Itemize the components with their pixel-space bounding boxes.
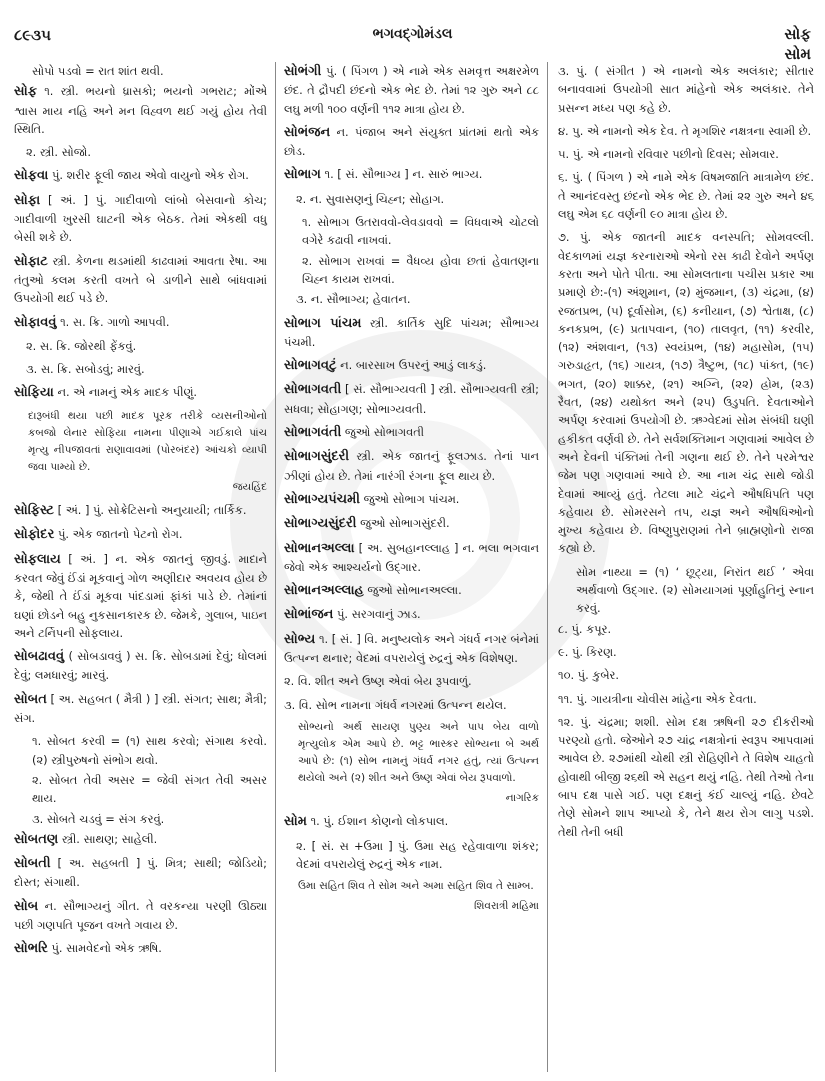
entry: સોભાનઅલ્લાહ જુઓ સોભાનઅલ્લા. [284, 581, 539, 600]
entry: સોભંજન ન. પંજાબ અને સંયુક્ત પ્રાંતમાં થત… [284, 123, 539, 161]
entry: સોભાગવટું ન. બારસાખ ઉપરનું આડું લાકડું. [284, 356, 539, 375]
headword: સોભાગ [284, 167, 321, 182]
sense: ૧૦. પું. કુબેર. [558, 666, 814, 684]
headword: સોભાગવંતી [284, 425, 341, 440]
citation-quote: દારૂબંધી થયા પછી માદક પૂરક તરીકે વ્યસનીઓ… [14, 408, 267, 476]
headword: સોભ્ય [284, 632, 315, 647]
sense: ૩. ન. સૌભાગ્ય; હેવાતન. [284, 290, 539, 308]
headword: સોફાટ [14, 254, 48, 269]
column-2: સોભંગી પું. ( પિંગળ ) એ નામે એક સમવૃત્ત … [276, 62, 548, 1072]
citation-quote: સોભ્યનો અર્થ સાયણ પુણ્ય અને પાપ બેય વાળો… [284, 719, 539, 787]
definition: પું. સામવેદનો એક ઋષિ. [51, 941, 161, 955]
lead-line: સોપો પડવો = રાત શાંત થવી. [14, 62, 267, 80]
sense: ૭. પું. એક જાતની માદક વનસ્પતિ; સોમવલ્લી.… [558, 228, 814, 557]
guide-words: સોફ સોમ [784, 24, 811, 64]
dictionary-columns: સોપો પડવો = રાત શાંત થવી. સોફ ૧. સ્ત્રી.… [14, 62, 814, 1072]
entry: સોભાગવતી [ સં. સૌભાગ્યવતી ] સ્ત્રી. સૌભા… [284, 380, 539, 418]
entry: સોભ્ય ૧. [ સં. ] વિ. મનુષ્યલોક અને ગંધર્… [284, 630, 539, 668]
citation-quote: ઉમા સહિત શિવ તે સોમ અને અમા સહિત શિવ તે … [284, 878, 539, 895]
idiom: ૩. સોબતે ચડવું = સંગ કરવું. [14, 810, 267, 828]
sense: ૨. વિ. શીત અને ઉષ્ણ એવાં બેય રૂપવાળું. [284, 672, 539, 690]
sense: ૧૧. પું. ગાયત્રીના ચોવીસ માંહેના એક દેવત… [558, 690, 814, 708]
definition: ન. સૌભાગ્યનું ગીત. તે વરકન્યા પરણી ઊઠ્યા… [14, 899, 267, 932]
idiom: સોમ નાથ્યા = (૧) ‘ છૂટ્યા, નિરાંત થઈ ’ એ… [558, 563, 814, 618]
entry: સોબતણ સ્ત્રી. સાથણ; સાહેલી. [14, 830, 267, 849]
definition: [ અં. ] પું. સોક્રેટિસનો અનુયાયી; તાર્કિ… [58, 503, 247, 517]
headword: સોભાગ્યપંચમી [284, 492, 360, 507]
entry: સોભરિ પું. સામવેદનો એક ઋષિ. [14, 939, 267, 958]
entry: સોફોદર પું. એક જાતનો પેટનો રોગ. [14, 525, 267, 544]
column-1: સોપો પડવો = રાત શાંત થવી. સોફ ૧. સ્ત્રી.… [14, 62, 276, 1072]
sense: ૧૨. પું. ચંદ્રમા; શશી. સોમ દક્ષ ઋષિની ૨૭… [558, 713, 814, 841]
headword: સોભંજન [284, 125, 330, 140]
definition: [ અ. સહબતી ] પું. મિત્ર; સાથી; જોડિયો; દ… [14, 856, 267, 889]
citation-source: શિવરાત્રી મહિમા [284, 897, 539, 915]
sense: ૯. પું. કિરણ. [558, 643, 814, 661]
headword: સોફિસ્ટ [14, 503, 54, 518]
entry: સોબત [ અ. સહબત ( મૈત્રી ) ] સ્ત્રી. સંગત… [14, 690, 267, 728]
headword: સોભાગ પાંચમ [284, 316, 361, 331]
headword: સોફોદર [14, 527, 54, 542]
entry: સોભાંજન પું. સરગવાનું ઝાડ. [284, 605, 539, 624]
headword: સોબત [14, 692, 47, 707]
entry: સોભાગસુંદરી સ્ત્રી. એક જાતનું ફૂલઝાડ. તે… [284, 447, 539, 485]
idiom: ૧. સોબત કરવી = (૧) સાથ કરવો; સંગાથ કરવો.… [14, 732, 267, 769]
sense: ૨. ન. સુવાસણનું ચિહ્ન; સોહાગ. [284, 190, 539, 208]
entry: સોફા [ અં. ] પું. ગાદીવાળો લાંબો બેસવાનો… [14, 191, 267, 247]
headword: સોફ [14, 84, 37, 99]
running-title: ભગવદ્ગોમંડલ [0, 26, 825, 42]
headword: સોબતણ [14, 832, 58, 847]
guide-word-first: સોફ [784, 24, 811, 44]
entry: સોફવા પું. શરીર ફૂલી જાય એવો વાયુનો એક ર… [14, 166, 267, 185]
definition: ન. બારસાખ ઉપરનું આડું લાકડું. [340, 358, 486, 372]
sense: ૬. પું. ( પિંગળ ) એ નામે એક વિષમજાતિ માત… [558, 168, 814, 223]
sense: ૨. સ્ત્રી. સોજો. [14, 143, 267, 161]
definition: જુઓ સોભાગસુંદરી. [360, 516, 450, 530]
headword: સોમ [284, 814, 307, 829]
definition: ૧. [ સં. ] વિ. મનુષ્યલોક અને ગંધર્વ નગર … [284, 632, 539, 665]
entry: સોફિસ્ટ [ અં. ] પું. સોક્રેટિસનો અનુયાયી… [14, 501, 267, 520]
definition: [ અં. ] પું. ગાદીવાળો લાંબો બેસવાનો કોચ;… [14, 193, 267, 245]
sense: ૩. પું. ( સંગીત ) એ નામનો એક અલંકાર; સીત… [558, 62, 814, 117]
definition: પું. સરગવાનું ઝાડ. [337, 607, 421, 621]
entry: સોભાગ્યપંચમી જુઓ સોભાગ પાંચમ. [284, 490, 539, 509]
headword: સોફલાય [14, 552, 61, 567]
citation-source: નાગરિક [284, 789, 539, 807]
idiom: ૨. સોબત તેવી અસર = જેવી સંગત તેવી અસર થા… [14, 771, 267, 808]
sense: ૮. પું. કપૂર. [558, 620, 814, 638]
definition: સ્ત્રી. કેળના થડમાંથી કાઢવામાં આવતા રેષા… [14, 254, 267, 306]
citation-source: જયહિંદ [14, 478, 267, 496]
entry: સોભાગ પાંચમ સ્ત્રી. કાર્તિક સુદિ પાંચમ; … [284, 314, 539, 352]
definition: ૧. [ સં. સૌભાગ્ય ] ન. સારું ભાગ્ય. [324, 167, 482, 181]
entry: સોભાનઅલ્લા [ અ. સુબહાનલ્લાહ ] ન. ભલા ભગવ… [284, 539, 539, 577]
sense: ૪. પુ. એ નામનો એક દેવ. તે મૃગશિર નક્ષત્ર… [558, 122, 814, 140]
headword: સોભાંજન [284, 607, 333, 622]
entry: સોફલાય [ અં. ] ન. એક જાતનું જીવડું. માદા… [14, 550, 267, 642]
headword: સોભાનઅલ્લાહ [284, 583, 364, 598]
headword: સોભાગ્યસુંદરી [284, 516, 356, 531]
entry: સોબઢાવવું ( સોબડાવવું ) સ. ક્રિ. સોબડામા… [14, 647, 267, 685]
sense: ૩. વિ. સોભ નામના ગંધર્વ નગરમાં ઉત્પન્ન થ… [284, 696, 539, 714]
idiom: ૨. સોભાગ રાખવાં = વૈધવ્ય હોવા છતાં હેવાત… [284, 252, 539, 289]
headword: સોભરિ [14, 941, 48, 956]
entry: સોભાગવંતી જુઓ સોભાગવતી [284, 423, 539, 442]
entry: સોફિયા ન. એ નામનું એક માદક પીણું. [14, 383, 267, 402]
definition: ૧. સ. ક્રિ. ગાળો આપવી. [60, 315, 169, 329]
entry: સોભાગ્યસુંદરી જુઓ સોભાગસુંદરી. [284, 514, 539, 533]
headword: સોભાગવતી [284, 382, 341, 397]
page-header: ૮૯૩૫ ભગવદ્ગોમંડલ સોફ સોમ [0, 18, 825, 68]
entry: સોમ ૧. પું. ઈશાન કોણનો લોકપાલ. [284, 812, 539, 831]
definition: ૧. પું. ઈશાન કોણનો લોકપાલ. [311, 814, 449, 828]
headword: સોફવા [14, 168, 48, 183]
entry: સોબતી [ અ. સહબતી ] પું. મિત્ર; સાથી; જોડ… [14, 854, 267, 892]
definition: ૧. સ્ત્રી. ભયનો ધ્રાસકો; ભયનો ગભરાટ; મોં… [14, 84, 267, 136]
column-3: ૩. પું. ( સંગીત ) એ નામનો એક અલંકાર; સીત… [548, 62, 814, 1072]
headword: સોભાગસુંદરી [284, 449, 349, 464]
headword: સોભંગી [284, 64, 321, 79]
sense: ૨. [ સં. સ +ઉમા ] પું. ઉમા સહ રહેવાવાળા … [284, 837, 539, 874]
sense: ૩. સ. ક્રિ. સબોડવું; મારવું. [14, 360, 267, 378]
entry: સોફાટ સ્ત્રી. કેળના થડમાંથી કાઢવામાં આવત… [14, 252, 267, 308]
definition: [ અ. સહબત ( મૈત્રી ) ] સ્ત્રી. સંગત; સાથ… [14, 692, 267, 725]
entry: સોભંગી પું. ( પિંગળ ) એ નામે એક સમવૃત્ત … [284, 62, 539, 118]
definition: જુઓ સોભાગવતી [345, 425, 424, 439]
entry: સોફાવવું ૧. સ. ક્રિ. ગાળો આપવી. [14, 313, 267, 332]
headword: સોફિયા [14, 385, 54, 400]
headword: સોફાવવું [14, 315, 56, 330]
definition: ન. એ નામનું એક માદક પીણું. [57, 385, 197, 399]
headword: સોભાનઅલ્લા [284, 541, 355, 556]
entry: સોબ ન. સૌભાગ્યનું ગીત. તે વરકન્યા પરણી ઊ… [14, 897, 267, 935]
headword: સોફા [14, 193, 40, 208]
sense: ૫. પું. એ નામનો રવિવાર પછીનો દિવસ; સોમવા… [558, 145, 814, 163]
guide-word-last: સોમ [784, 44, 811, 64]
definition: જુઓ સોભાનઅલ્લા. [367, 583, 461, 597]
headword: સોભાગવટું [284, 358, 337, 373]
definition: પું. એક જાતનો પેટનો રોગ. [58, 527, 183, 541]
sense: ૨. સ. ક્રિ. જોરથી ફેંકવું. [14, 337, 267, 355]
entry: સોફ ૧. સ્ત્રી. ભયનો ધ્રાસકો; ભયનો ગભરાટ;… [14, 82, 267, 138]
idiom: ૧. સોભાગ ઉતરાવવો-લેવડાવવો = વિધવાએ ચોટલો… [284, 213, 539, 250]
definition: જુઓ સોભાગ પાંચમ. [364, 492, 460, 506]
entry: સોભાગ ૧. [ સં. સૌભાગ્ય ] ન. સારું ભાગ્ય. [284, 165, 539, 184]
definition: પું. શરીર ફૂલી જાય એવો વાયુનો એક રોગ. [52, 168, 249, 182]
headword: સોબઢાવવું [14, 649, 64, 664]
definition: સ્ત્રી. સાથણ; સાહેલી. [62, 832, 157, 846]
headword: સોબ [14, 899, 38, 914]
headword: સોબતી [14, 856, 51, 871]
definition: પું. ( પિંગળ ) એ નામે એક સમવૃત્ત અક્ષરમે… [284, 64, 539, 116]
